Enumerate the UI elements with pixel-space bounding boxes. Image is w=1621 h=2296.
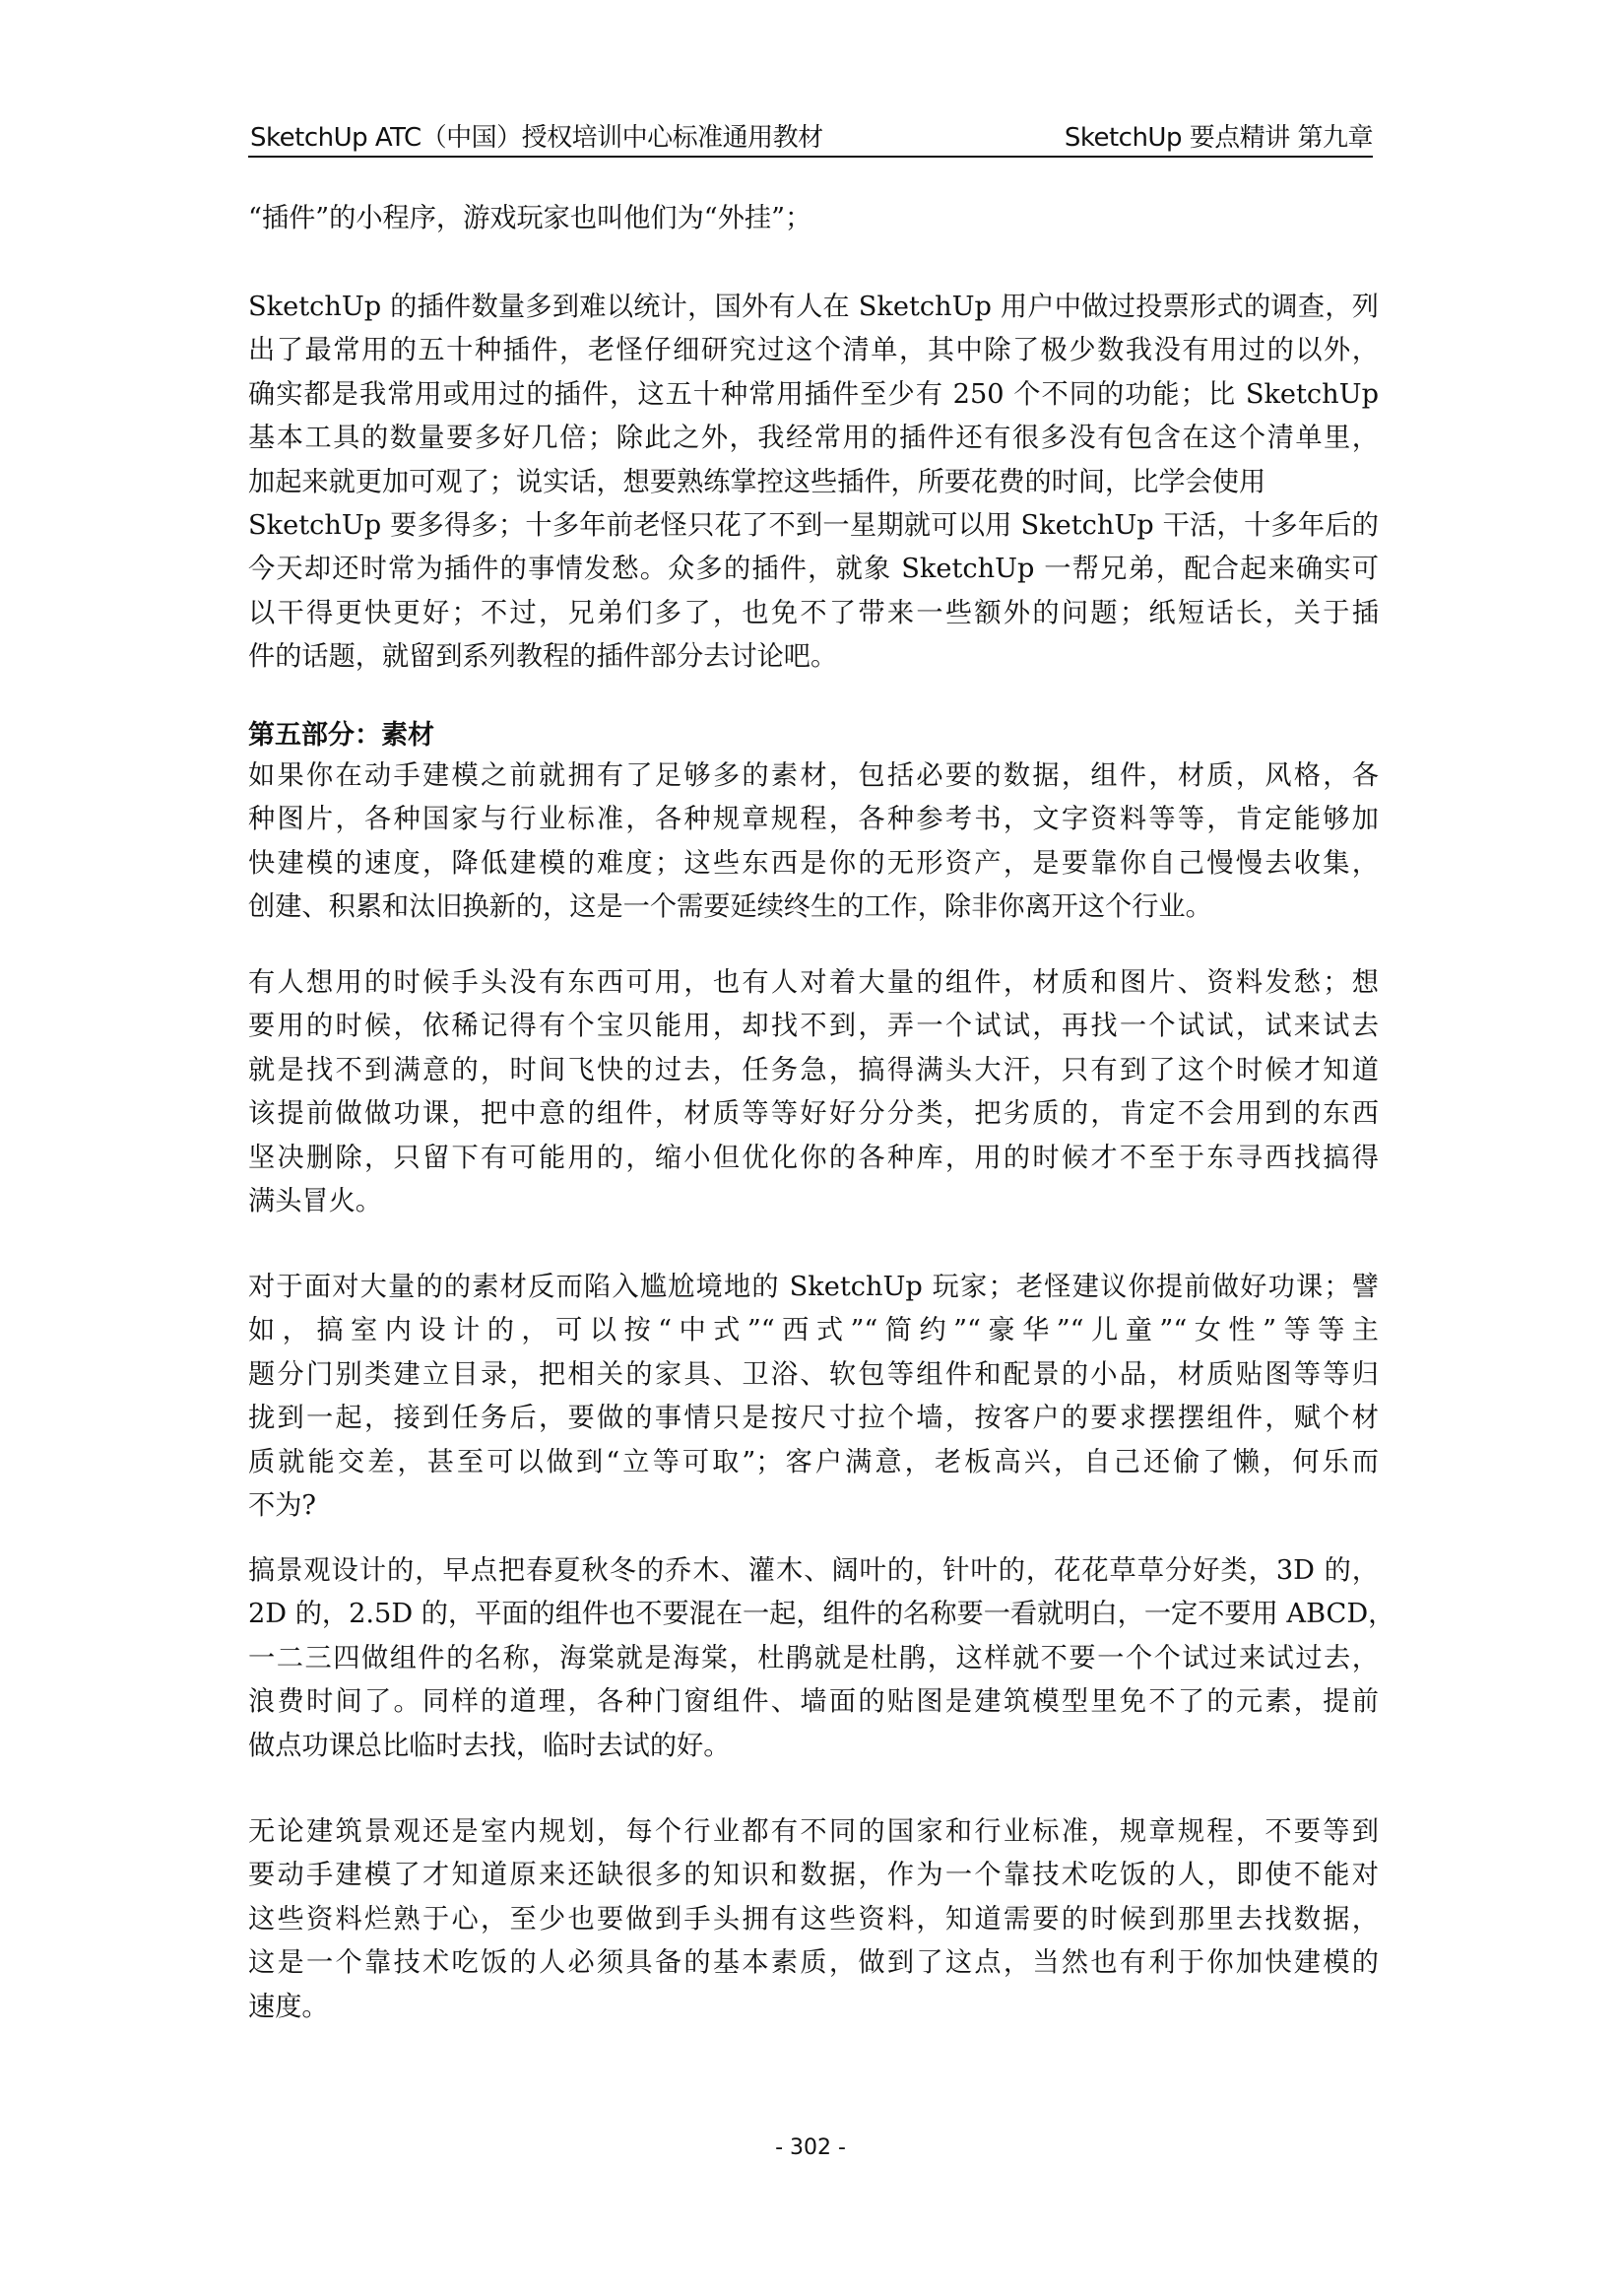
text-line: 要动手建模了才知道原来还缺很多的知识和数据，作为一个靠技术吃饭的人，即使不能对 — [248, 1854, 1379, 1897]
text-line: 题分门别类建立目录，把相关的家具、卫浴、软包等组件和配景的小品，材质贴图等等归 — [248, 1353, 1379, 1397]
text-line: 搞景观设计的，早点把春夏秋冬的乔木、灌木、阔叶的，针叶的，花花草草分好类，3D … — [248, 1549, 1379, 1593]
text-line: 浪费时间了。同样的道理，各种门窗组件、墙面的贴图是建筑模型里免不了的元素，提前 — [248, 1680, 1379, 1724]
text-line: SketchUp 的插件数量多到难以统计，国外有人在 SketchUp 用户中做… — [248, 286, 1379, 329]
text-line: 质就能交差，甚至可以做到“立等可取”；客户满意，老板高兴，自己还偷了懒，何乐而 — [248, 1441, 1379, 1484]
text-line: 就是找不到满意的，时间飞快的过去，任务急，搞得满头大汗，只有到了这个时候才知道 — [248, 1049, 1379, 1092]
text-line: 有人想用的时候手头没有东西可用，也有人对着大量的组件，材质和图片、资料发愁；想 — [248, 961, 1379, 1005]
text-line: 这是一个靠技术吃饭的人必须具备的基本素质，做到了这点，当然也有利于你加快建模的 — [248, 1941, 1379, 1985]
document-page: SketchUp ATC（中国）授权培训中心标准通用教材 SketchUp 要点… — [0, 0, 1621, 2296]
text-line: 不为? — [248, 1484, 1379, 1528]
paragraph-landscape-design: 搞景观设计的，早点把春夏秋冬的乔木、灌木、阔叶的，针叶的，花花草草分好类，3D … — [248, 1549, 1379, 1768]
text-line: 无论建筑景观还是室内规划，每个行业都有不同的国家和行业标准，规章规程，不要等到 — [248, 1810, 1379, 1854]
text-line: 坚决删除，只留下有可能用的，缩小但优化你的各种库，用的时候才不至于东寻西找搞得 — [248, 1137, 1379, 1180]
paragraph-interior-design: 对于面对大量的的素材反而陷入尴尬境地的 SketchUp 玩家；老怪建议你提前做… — [248, 1266, 1379, 1528]
text-line: 如，搞室内设计的，可以按“中式”“西式”“简约”“豪华”“儿童”“女性”等等主 — [248, 1309, 1379, 1352]
header-chapter-title: SketchUp 要点精讲 第九章 — [1065, 117, 1373, 154]
paragraph-plugins: SketchUp 的插件数量多到难以统计，国外有人在 SketchUp 用户中做… — [248, 286, 1379, 680]
text-line: 基本工具的数量要多好几倍；除此之外，我经常用的插件还有很多没有包含在这个清单里， — [248, 417, 1379, 460]
running-header: SketchUp ATC（中国）授权培训中心标准通用教材 SketchUp 要点… — [248, 116, 1373, 158]
text-line: 速度。 — [248, 1986, 1379, 2029]
text-line: 今天却还时常为插件的事情发愁。众多的插件，就象 SketchUp 一帮兄弟，配合… — [248, 548, 1379, 591]
text-line: 2D 的，2.5D 的，平面的组件也不要混在一起，组件的名称要一看就明白，一定不… — [248, 1593, 1379, 1636]
text-line: 种图片，各种国家与行业标准，各种规章规程，各种参考书，文字资料等等，肯定能够加 — [248, 798, 1379, 841]
text-line: 快建模的速度，降低建模的难度；这些东西是你的无形资产，是要靠你自己慢慢去收集， — [248, 842, 1379, 886]
text-line: 要用的时候，依稀记得有个宝贝能用，却找不到，弄一个试试，再找一个试试，试来试去 — [248, 1005, 1379, 1048]
text-line: “插件”的小程序，游戏玩家也叫他们为“外挂”； — [248, 197, 1379, 240]
text-line: 确实都是我常用或用过的插件，这五十种常用插件至少有 250 个不同的功能；比 S… — [248, 373, 1379, 417]
text-line: 以干得更快更好；不过，兄弟们多了，也免不了带来一些额外的问题；纸短话长，关于插 — [248, 592, 1379, 635]
text-line: 满头冒火。 — [248, 1180, 1379, 1223]
text-line: 如果你在动手建模之前就拥有了足够多的素材，包括必要的数据，组件，材质，风格，各 — [248, 754, 1379, 798]
text-line: SketchUp 要多得多；十多年前老怪只花了不到一星期就可以用 SketchU… — [248, 504, 1379, 548]
header-book-title: SketchUp ATC（中国）授权培训中心标准通用教材 — [250, 117, 823, 154]
text-line: 做点功课总比临时去找，临时去试的好。 — [248, 1725, 1379, 1768]
text-line: 一二三四做组件的名称，海棠就是海棠，杜鹃就是杜鹃，这样就不要一个个试过来试过去， — [248, 1637, 1379, 1680]
page-number: - 302 - — [0, 2135, 1621, 2160]
paragraph-organize-library: 有人想用的时候手头没有东西可用，也有人对着大量的组件，材质和图片、资料发愁；想 … — [248, 961, 1379, 1223]
paragraph-standards: 无论建筑景观还是室内规划，每个行业都有不同的国家和行业标准，规章规程，不要等到 … — [248, 1810, 1379, 2029]
paragraph-continuation: “插件”的小程序，游戏玩家也叫他们为“外挂”； — [248, 197, 1379, 240]
text-line: 件的话题，就留到系列教程的插件部分去讨论吧。 — [248, 635, 1379, 679]
text-line: 拢到一起，接到任务后，要做的事情只是按尺寸拉个墙，按客户的要求摆摆组件，赋个材 — [248, 1397, 1379, 1440]
text-line: 出了最常用的五十种插件，老怪仔细研究过这个清单，其中除了极少数我没有用过的以外， — [248, 329, 1379, 372]
paragraph-materials-intro: 如果你在动手建模之前就拥有了足够多的素材，包括必要的数据，组件，材质，风格，各 … — [248, 754, 1379, 930]
text-line: 这些资料烂熟于心，至少也要做到手头拥有这些资料，知道需要的时候到那里去找数据， — [248, 1898, 1379, 1941]
text-line: 对于面对大量的的素材反而陷入尴尬境地的 SketchUp 玩家；老怪建议你提前做… — [248, 1266, 1379, 1309]
text-line: 创建、积累和汰旧换新的，这是一个需要延续终生的工作，除非你离开这个行业。 — [248, 886, 1379, 929]
section-heading: 第五部分：素材 — [248, 713, 434, 752]
text-line: 加起来就更加可观了；说实话，想要熟练掌控这些插件，所要花费的时间，比学会使用 — [248, 461, 1379, 504]
text-line: 该提前做做功课，把中意的组件，材质等等好好分分类，把劣质的，肯定不会用到的东西 — [248, 1092, 1379, 1136]
